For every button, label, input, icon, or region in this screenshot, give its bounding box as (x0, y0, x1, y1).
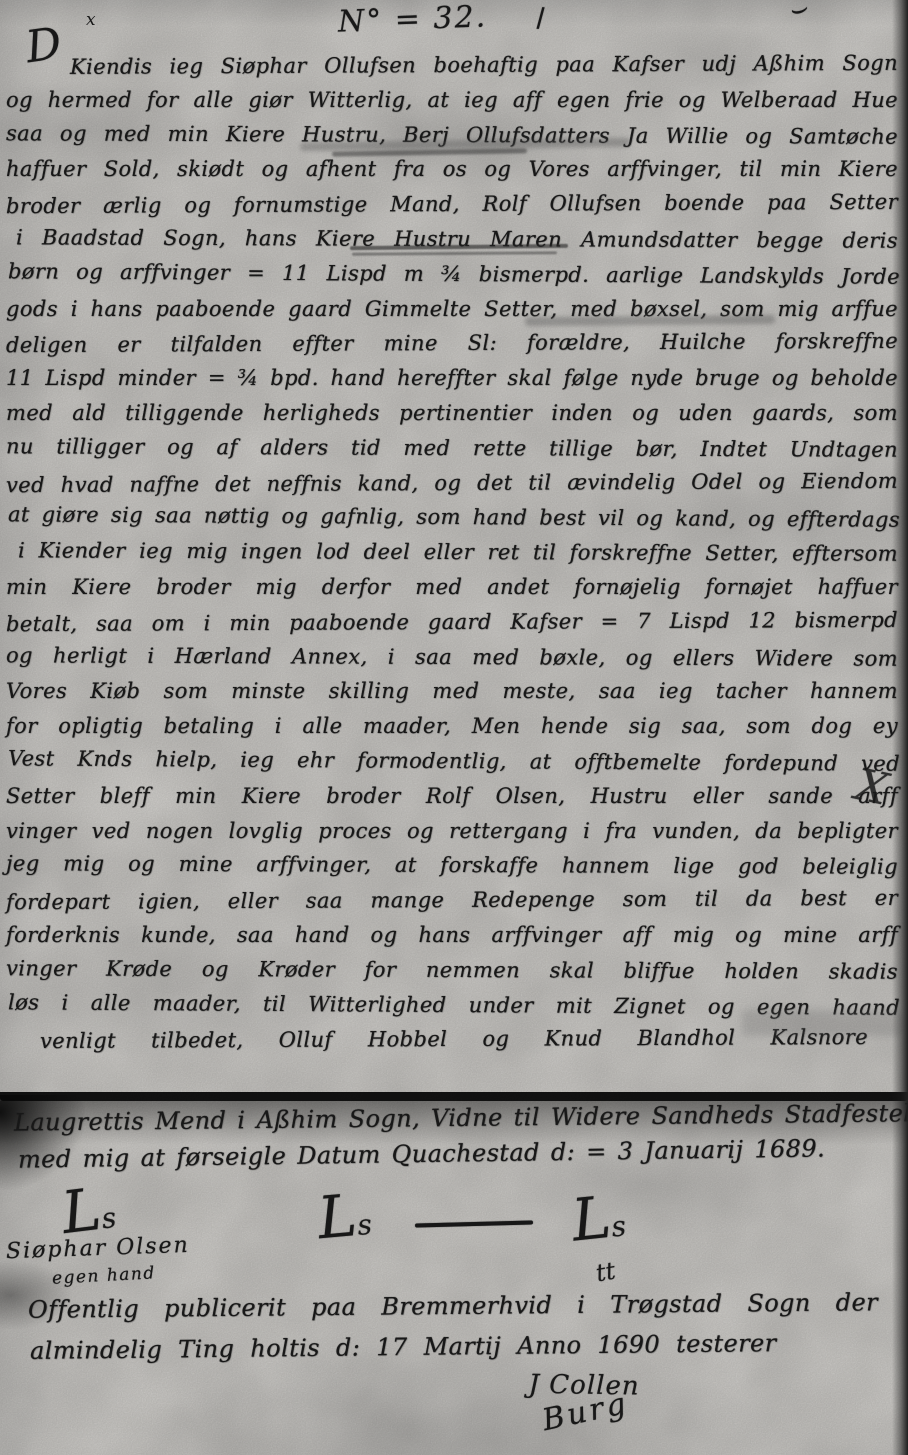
manuscript-line: ved hvad naffne det neffnis kand, og det… (6, 463, 898, 502)
manuscript-line: jeg mig og mine arffvinger, at forskaffe… (6, 847, 898, 885)
publication-date-line: almindelig Ting holtis d: 17 Martij Anno… (30, 1329, 777, 1365)
manuscript-line: og herligt i Hærland Annex, i saa med bø… (6, 638, 898, 676)
manuscript-line: 11 Lispd minder = ¾ bpd. hand hereffter … (6, 361, 898, 396)
manuscript-line: fordepart igien, eller saa mange Redepen… (6, 881, 898, 920)
manuscript-line: Vest Knds hielp, ieg ehr formodentlig, a… (8, 741, 900, 781)
deed-body-text: Kiendis ieg Siøphar Ollufsen boehaftig p… (6, 48, 898, 1057)
signature-own-hand-note: egen hand (52, 1263, 157, 1288)
stray-ink-mark: ǀ (535, 2, 546, 38)
manuscript-page: N° = 32. ǀ ⌣ X D x Kiendis ieg Siøphar O… (0, 0, 908, 1455)
manuscript-line: vinger Krøde og Krøder for nemmen skal b… (6, 951, 898, 989)
manuscript-line: gods i hans paaboende gaard Gimmelte Set… (6, 292, 898, 327)
manuscript-line: i Kiender ieg mig ingen lod deel eller r… (6, 533, 898, 571)
manuscript-line: min Kiere broder mig derfor med andet fo… (6, 570, 898, 605)
manuscript-line: Setter bleff min Kiere broder Rolf Olsen… (6, 779, 898, 814)
manuscript-line: i Baadstad Sogn, hans Kiere Hustru Maren… (6, 220, 898, 258)
manuscript-line: for opligtig betaling i alle maader, Men… (6, 709, 898, 744)
seal-monogram: Ls (569, 1181, 629, 1254)
publication-line: Offentlig publicerit paa Bremmerhvid i T… (28, 1288, 878, 1323)
attestation-date-line: med mig at førseigle Datum Quachestad d:… (18, 1134, 825, 1173)
manuscript-line: haffuer Sold, skiødt og afhent fra os og… (6, 152, 898, 187)
manuscript-line: venligt tilbedet, Olluf Hobbel og Knud B… (6, 1020, 898, 1059)
manuscript-line: og hermed for alle giør Witterlig, at ie… (6, 83, 898, 118)
manuscript-line: betalt, saa om i min paaboende gaard Kaf… (6, 603, 898, 642)
manuscript-line: Kiendis ieg Siøphar Ollufsen boehaftig p… (6, 46, 898, 85)
manuscript-line: Vores Kiøb som minste skilling med meste… (6, 674, 898, 709)
manuscript-line: broder ærlig og fornumstige Mand, Rolf O… (6, 185, 898, 224)
opening-initial-superscript: x (86, 10, 96, 30)
stray-ink-mark: ⌣ (785, 0, 810, 28)
seal-monogram: Ls (315, 1180, 374, 1252)
attestation-line: Laugrettis Mend i Aßhim Sogn, Vidne til … (14, 1099, 892, 1136)
manuscript-line: vinger ved nogen lovglig proces og rette… (6, 814, 898, 849)
scan-seam (0, 1092, 908, 1101)
manuscript-line: at giøre sig saa nøttig og gafnlig, som … (8, 498, 900, 538)
manuscript-line: børn og arffvinger = 11 Lispd m ¾ bismer… (8, 254, 900, 294)
manuscript-line: saa og med min Kiere Hustru, Berj Ollufs… (6, 116, 898, 154)
manuscript-line: løs i alle maader, til Witterlighed unde… (8, 985, 900, 1025)
manuscript-line: forderknis kunde, saa hand og hans arffv… (6, 918, 898, 953)
manuscript-line: med ald tilliggende herligheds pertinent… (6, 396, 898, 431)
seal-separator-dash (415, 1220, 533, 1227)
stray-ink-mark: tt (594, 1257, 618, 1288)
manuscript-line: nu tilligger og af alders tid med rette … (6, 429, 898, 467)
signature-name: Siøphar Olsen (6, 1233, 191, 1264)
document-number: N° = 32. (337, 0, 487, 40)
manuscript-line: deligen er tilfalden effter mine Sl: for… (6, 324, 898, 363)
clerk-signature: J Collen Burg (484, 1366, 708, 1455)
